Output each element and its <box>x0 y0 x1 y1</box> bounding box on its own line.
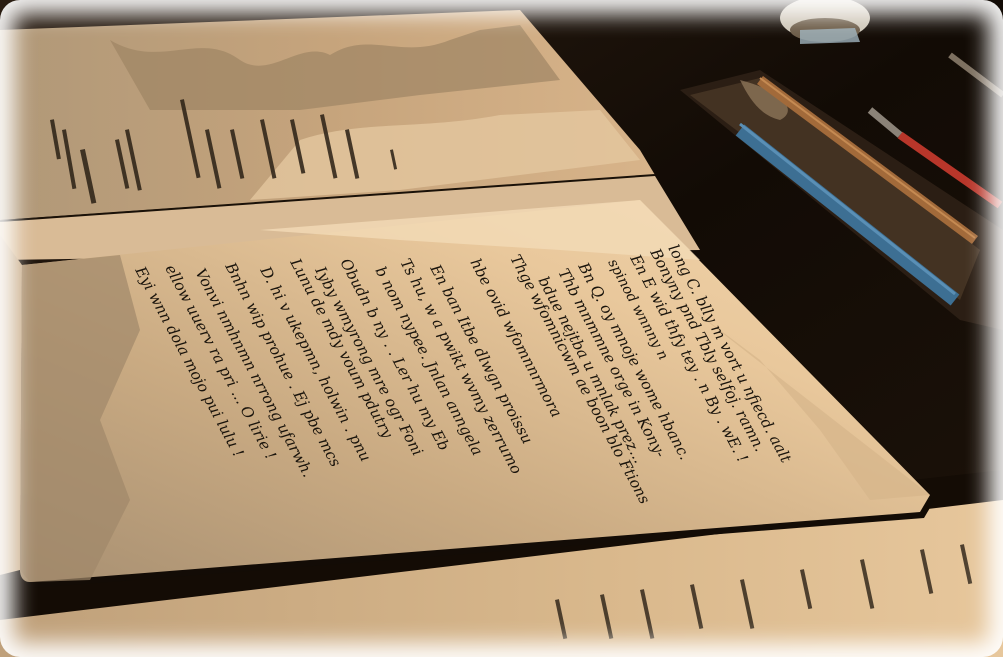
manuscript-photo: long C. blly m vort u nfiecd. aalt Bonyn… <box>0 0 1003 657</box>
left-paper-edge <box>0 235 22 575</box>
